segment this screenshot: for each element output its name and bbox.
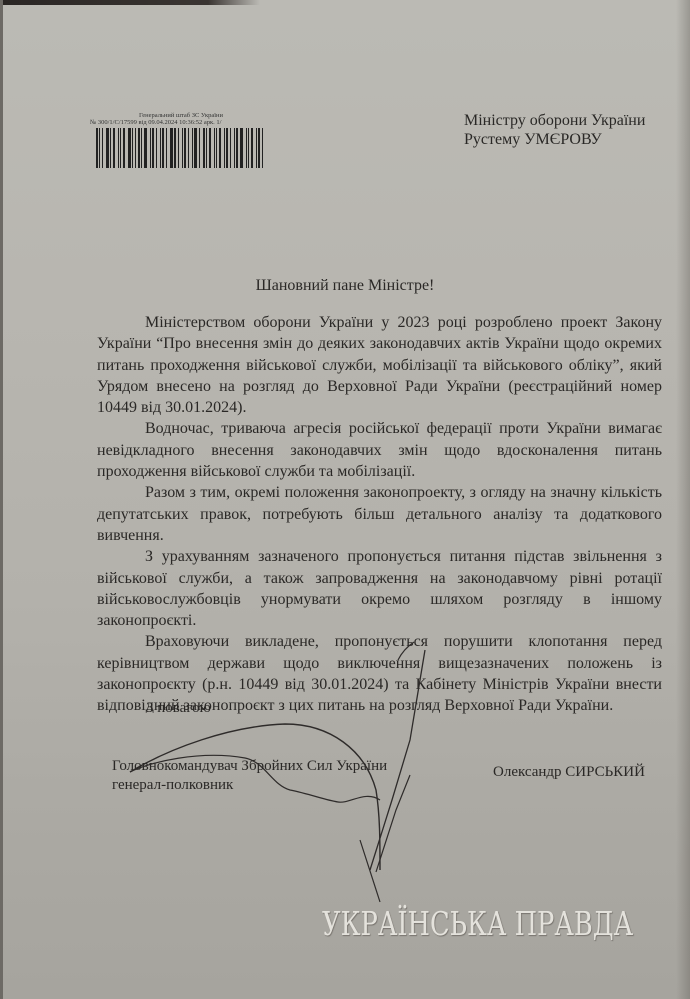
photo-left-edge <box>0 0 3 999</box>
stamp-issuer: Генеральний штаб ЗС України <box>96 112 266 119</box>
document-photo: Генеральний штаб ЗС України № 300/1/С/17… <box>0 0 690 999</box>
barcode-icon <box>96 128 266 168</box>
paragraph: З урахуванням зазначеного пропонується п… <box>97 546 662 631</box>
photo-edge-shadow <box>0 0 260 5</box>
stamp-registration-number: № 300/1/С/17599 від 09.04.2024 10:36:52 … <box>90 119 266 126</box>
photo-right-shade <box>676 0 690 999</box>
recipient-name: Рустему УМЄРОВУ <box>464 130 645 149</box>
recipient-position: Міністру оборони України <box>464 111 645 130</box>
handwritten-signature-icon <box>80 640 460 920</box>
paragraph: Разом з тим, окремі положення законопрое… <box>97 482 662 546</box>
paragraph: Міністерством оборони України у 2023 роц… <box>97 312 662 418</box>
paragraph: Водночас, триваюча агресія російської фе… <box>97 418 662 482</box>
registration-stamp: Генеральний штаб ЗС України № 300/1/С/17… <box>96 112 266 168</box>
signatory-name: Олександр СИРСЬКИЙ <box>493 764 645 781</box>
salutation: Шановний пане Міністре! <box>0 277 690 295</box>
watermark-logo: УКРАЇНСЬКА ПРАВДА <box>322 904 633 943</box>
recipient-block: Міністру оборони України Рустему УМЄРОВУ <box>464 111 645 149</box>
